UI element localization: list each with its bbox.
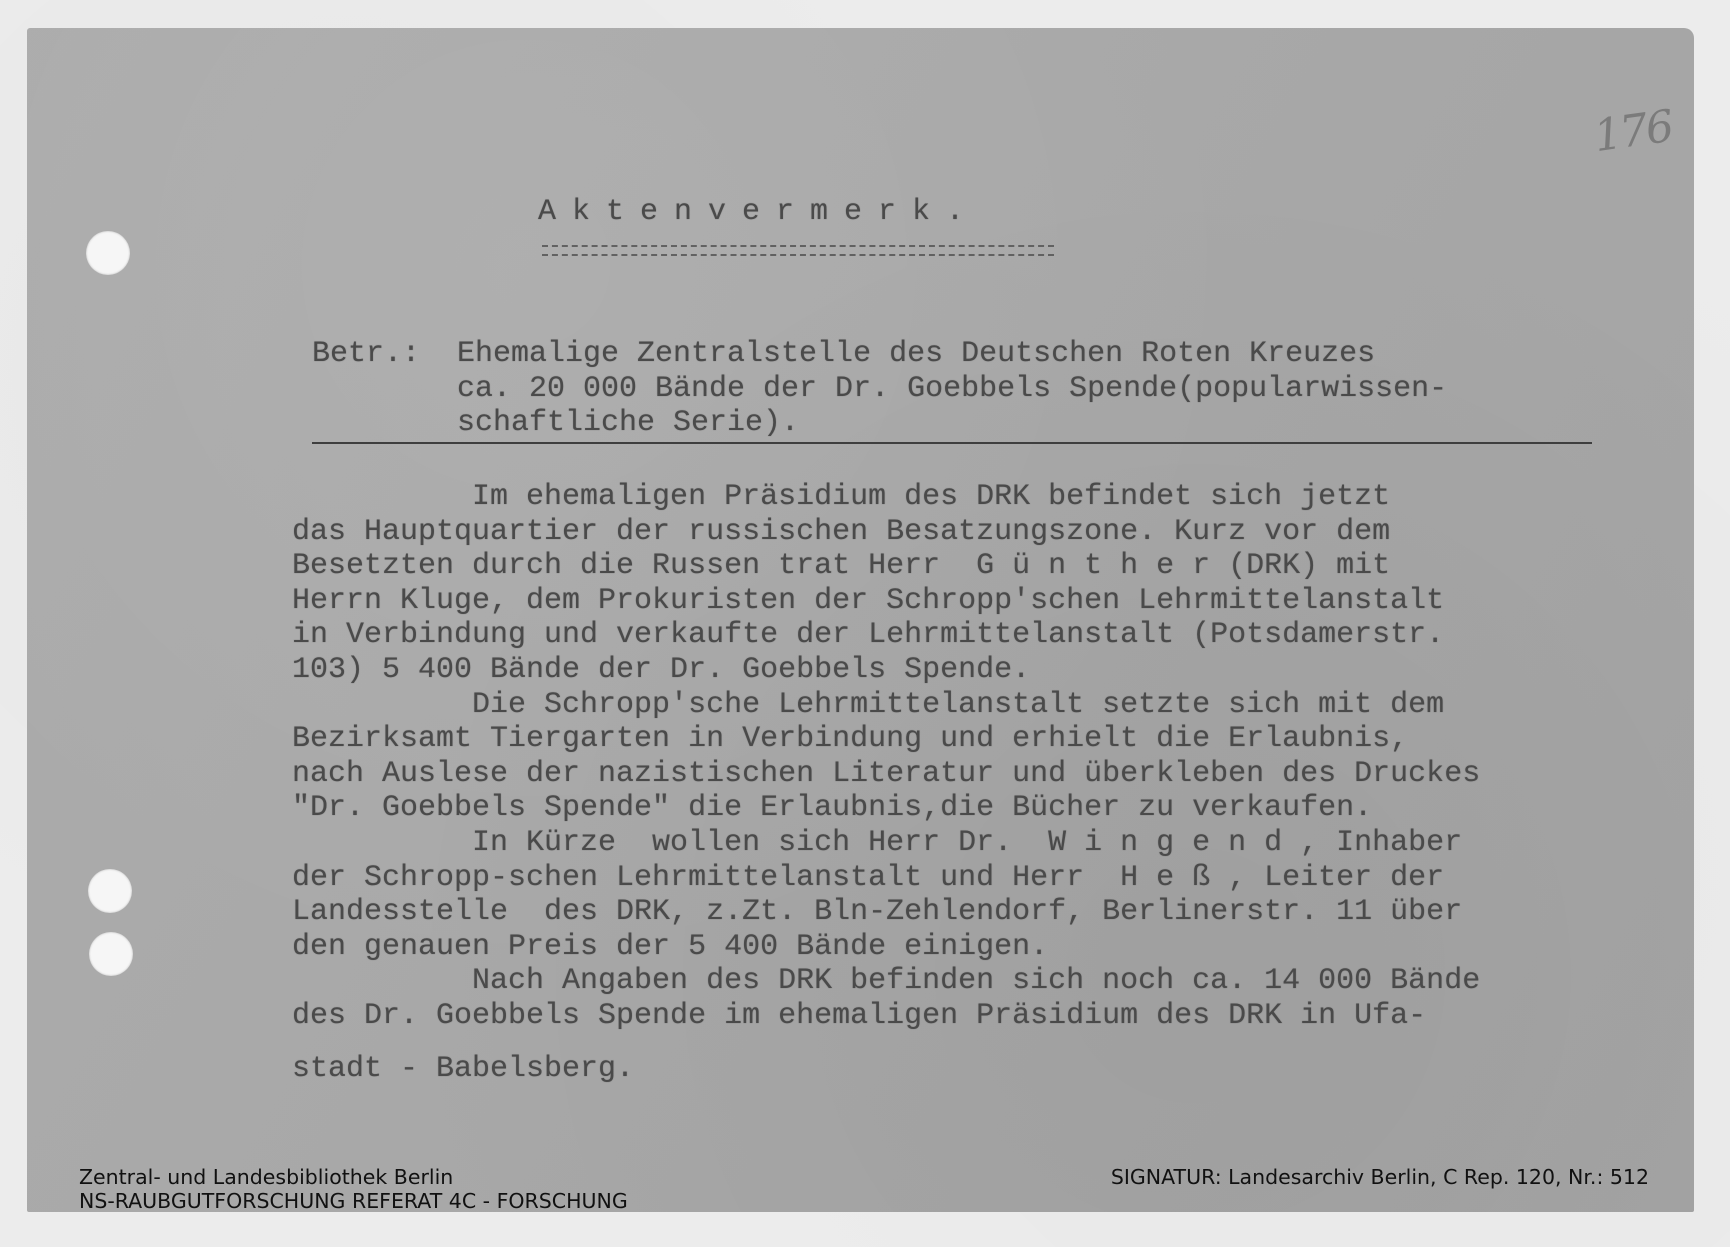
body-line: "Dr. Goebbels Spende" die Erlaubnis,die … bbox=[292, 791, 1480, 826]
footer-library-name: Zentral- und Landesbibliothek Berlin bbox=[79, 1165, 628, 1189]
subject-label: Betr.: bbox=[312, 337, 420, 372]
footer-signature: SIGNATUR: Landesarchiv Berlin, C Rep. 12… bbox=[1111, 1165, 1649, 1189]
document-body: Im ehemaligen Präsidium des DRK befindet… bbox=[292, 480, 1480, 1034]
body-line: Bezirksamt Tiergarten in Verbindung und … bbox=[292, 722, 1480, 757]
subject-text: Ehemalige Zentralstelle des Deutschen Ro… bbox=[457, 337, 1447, 441]
body-line: nach Auslese der nazistischen Literatur … bbox=[292, 757, 1480, 792]
body-line: Die Schropp'sche Lehrmittelanstalt setzt… bbox=[292, 688, 1480, 723]
body-line: Besetzten durch die Russen trat Herr G ü… bbox=[292, 549, 1480, 584]
body-line: Im ehemaligen Präsidium des DRK befindet… bbox=[292, 480, 1480, 515]
body-last-line: stadt - Babelsberg. bbox=[292, 1052, 634, 1087]
punch-hole bbox=[86, 231, 130, 275]
body-line: das Hauptquartier der russischen Besatzu… bbox=[292, 515, 1480, 550]
body-line: In Kürze wollen sich Herr Dr. W i n g e … bbox=[292, 826, 1480, 861]
body-line: Herrn Kluge, dem Prokuristen der Schropp… bbox=[292, 584, 1480, 619]
body-line: den genauen Preis der 5 400 Bände einige… bbox=[292, 930, 1480, 965]
subject-underline bbox=[312, 442, 1592, 444]
body-line: der Schropp-schen Lehrmittelanstalt und … bbox=[292, 861, 1480, 896]
body-line: Landesstelle des DRK, z.Zt. Bln-Zehlendo… bbox=[292, 895, 1480, 930]
body-line: des Dr. Goebbels Spende im ehemaligen Pr… bbox=[292, 999, 1480, 1034]
subject-line: schaftliche Serie). bbox=[457, 406, 1447, 441]
subject-line: Ehemalige Zentralstelle des Deutschen Ro… bbox=[457, 337, 1447, 372]
body-line: in Verbindung und verkaufte der Lehrmitt… bbox=[292, 618, 1480, 653]
footer-department: NS-RAUBGUTFORSCHUNG REFERAT 4C - FORSCHU… bbox=[79, 1189, 628, 1213]
handwritten-page-number: 176 bbox=[1591, 101, 1675, 162]
body-line: Nach Angaben des DRK befinden sich noch … bbox=[292, 964, 1480, 999]
document-title: Aktenvermerk. bbox=[538, 195, 980, 230]
subject-line: ca. 20 000 Bände der Dr. Goebbels Spende… bbox=[457, 372, 1447, 407]
punch-hole bbox=[88, 869, 132, 913]
title-underline bbox=[542, 245, 1054, 256]
punch-hole bbox=[89, 932, 133, 976]
footer-institution: Zentral- und Landesbibliothek BerlinNS-R… bbox=[79, 1165, 628, 1213]
body-line: 103) 5 400 Bände der Dr. Goebbels Spende… bbox=[292, 653, 1480, 688]
